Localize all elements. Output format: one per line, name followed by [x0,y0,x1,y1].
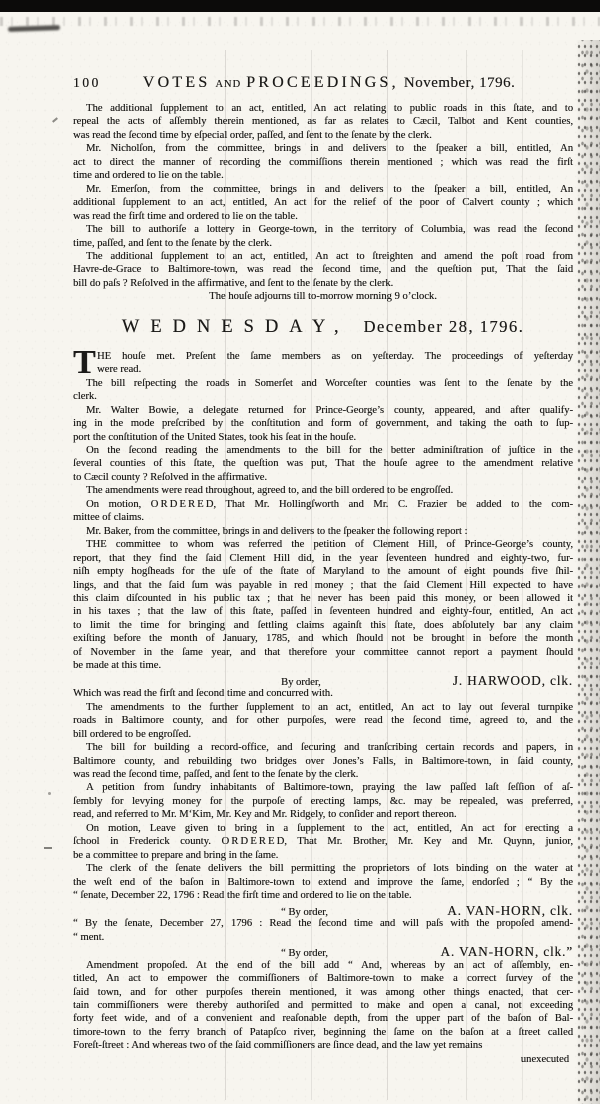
text-line: Foreſt-ſtreet : And whereas two of the ſ… [73,1039,573,1052]
text-line: report, that they find the ſaid Clement … [73,552,573,565]
by-order-label: “ By order, [281,907,328,918]
text-line: lings, and that the ſaid ſum was payable… [73,579,573,592]
text-line: Mr. Nicholſon, from the committee, bring… [73,142,573,155]
text-line: to Cæcil county ? Reſolved in the affirm… [73,471,573,484]
paragraph: On motion, Leave given to bring in a ſup… [73,822,573,862]
text-line: to limit the time for bringing and ſettl… [73,619,573,632]
title-date: November, 1796. [404,75,515,91]
text-line: ing in the mode preſcribed by the conſti… [73,417,573,430]
text-line: was read the firſt time and ordered to l… [73,210,573,223]
title-and: AND [215,79,241,90]
text-line: timore-town to the ferry branch of Patap… [73,1026,573,1039]
drop-cap: T [73,350,97,377]
text-line: clerk. [73,390,573,403]
scan-edge-noise [575,40,600,1104]
text-line: was read the ſecond time by eſpecial ord… [73,129,573,142]
paragraph: Mr. Nicholſon, from the committee, bring… [73,142,573,182]
text-line: Which was read the firſt and ſecond time… [73,687,573,700]
signature-line: “ By order,A. VAN-HORN, clk. [73,903,573,918]
text-line: “ ment. [73,931,573,944]
paragraph: Mr. Walter Bowie, a delegate returned fo… [73,404,573,444]
scanned-document-page: 100 VOTESANDPROCEEDINGS,November, 1796. … [0,0,600,1104]
text-line: THE committee to whom was referred the p… [73,538,573,551]
text-line: be a committee to prepare and bring in t… [73,849,573,862]
text-line: “ By the ſenate, December 27, 1796 : Rea… [73,917,573,930]
text-line: forty feet wide, and of a convenient and… [73,1012,573,1025]
by-order-label: “ By order, [281,948,328,959]
text-line: of November in the ſame year, and that t… [73,646,573,659]
signature-line: By order,J. HARWOOD, clk. [73,673,573,688]
text-line: The amendments to the further ſupplement… [73,701,573,714]
margin-mark [52,117,58,122]
text-line: A petition from ſundry inhabitants of Ba… [73,781,573,794]
running-header: 100 VOTESANDPROCEEDINGS,November, 1796. [73,74,573,95]
session-heading: WEDNESDAY,December 28, 1796. [73,317,573,341]
text-line: The bill to authoriſe a lottery in Georg… [73,223,573,236]
text-line: time, paſſed, and ſent to the ſenate by … [73,237,573,250]
text-line: ſembly for levying money for the purpoſe… [73,795,573,808]
paragraph: The bill to authoriſe a lottery in Georg… [73,223,573,250]
document-flow: The additional ſupplement to an act, ent… [73,102,573,1066]
text-line: bill do paſs ? Reſolved in the affirmati… [73,277,573,290]
title-caps-1: VOTES [143,74,211,91]
text-line: The amendments were read throughout, agr… [73,484,573,497]
text-line: The bill reſpecting the roads in Somerſe… [73,377,573,390]
text-line: act to direct the manner of recording th… [73,156,573,169]
margin-mark [44,847,52,849]
paragraph: THE committee to whom was referred the p… [73,538,573,673]
paragraph: The additional ſupplement to an act, ent… [73,250,573,290]
text-line: read, and referred to Mr. M‘Kim, Mr. Key… [73,808,573,821]
text-line: The additional ſupplement to an act, ent… [73,102,573,115]
text-line: ſchool in Frederick county. O R D E R E … [73,835,573,848]
paragraph: Mr. Emerſon, from the committee, brings … [73,183,573,223]
paragraph: The amendments to the further ſupplement… [73,701,573,741]
text-line: additional ſupplement to an act, entitle… [73,196,573,209]
text-line: “ ſenate, December 22, 1796 : Read the f… [73,889,573,902]
clerk-signature: J. HARWOOD, clk. [453,673,573,689]
text-line: port the conſtitution of the United Stat… [73,431,573,444]
paragraph: The additional ſupplement to an act, ent… [73,102,573,142]
text-line: On motion, O R D E R E D, That Mr. Holli… [73,498,573,511]
session-date: December 28, 1796. [363,317,524,336]
text-line: Mr. Walter Bowie, a delegate returned fo… [73,404,573,417]
paragraph: “ By the ſenate, December 27, 1796 : Rea… [73,917,573,944]
text-line: niſh empty hogſheads for the uſe of the … [73,565,573,578]
ink-smudge [8,25,60,32]
paragraph: Which was read the firſt and ſecond time… [73,687,573,700]
paragraph: A petition from ſundry inhabitants of Ba… [73,781,573,821]
text-line: Amendment propoſed. At the end of the bi… [73,959,573,972]
text-line: On the ſecond reading the amendments to … [73,444,573,457]
by-order-label: By order, [281,677,321,688]
paragraph: On the ſecond reading the amendments to … [73,444,573,484]
paragraph: Amendment propoſed. At the end of the bi… [73,959,573,1053]
margin-mark [48,792,51,795]
text-line: Mr. Baker, from the committee, brings in… [73,525,573,538]
paragraph: On motion, O R D E R E D, That Mr. Holli… [73,498,573,525]
catchword: unexecuted [73,1053,573,1066]
clerk-signature: A. VAN-HORN, clk.” [440,944,573,960]
text-line: time and ordered to lie on the table. [73,169,573,182]
signature-line: “ By order,A. VAN-HORN, clk.” [73,944,573,959]
text-block: 100 VOTESANDPROCEEDINGS,November, 1796. … [73,74,573,1066]
text-line: in his taxes ; that the law of this ſtat… [73,605,573,618]
paragraph: Mr. Baker, from the committee, brings in… [73,525,573,538]
text-line: tain commiſſioners were thereby authoriſ… [73,999,573,1012]
text-line: On motion, Leave given to bring in a ſup… [73,822,573,835]
text-line: this claim diſcounted in his public tax … [73,592,573,605]
text-line: Havre-de-Grace to Baltimore-town, was re… [73,263,573,276]
page-title: VOTESANDPROCEEDINGS,November, 1796. [115,74,543,92]
paragraph: The clerk of the ſenate delivers the bil… [73,862,573,902]
text-line: The bill for building a record-office, a… [73,741,573,754]
page-number: 100 [73,75,115,91]
text-line: ſeveral counties of this ſtate, the queſ… [73,457,573,470]
text-line: ſaid town, and for other purpoſes therei… [73,986,573,999]
session-day: WEDNESDAY, [122,317,350,337]
clerk-signature: A. VAN-HORN, clk. [447,903,573,919]
title-caps-2: PROCEEDINGS, [246,74,399,91]
paragraph: The amendments were read throughout, agr… [73,484,573,497]
text-line: bill ordered to be engroſſed. [73,728,573,741]
scan-streak [0,17,600,26]
text-line: The additional ſupplement to an act, ent… [73,250,573,263]
text-line: mittee of claims. [73,511,573,524]
centered-line: The houſe adjourns till to-morrow mornin… [73,290,573,303]
text-line: were read. [73,363,573,376]
text-line: roads in Baltimore county, and for other… [73,714,573,727]
paragraph: THE houſe met. Preſent the ſame members … [73,350,573,377]
text-line: repeal the acts of aſſembly therein ment… [73,115,573,128]
paragraph: The bill for building a record-office, a… [73,741,573,781]
text-line: Baltimore county, and rebuilding two bri… [73,755,573,768]
text-line: the weſt end of the baſon in Baltimore-t… [73,876,573,889]
text-line: Mr. Emerſon, from the committee, brings … [73,183,573,196]
text-line: exiſting before the month of January, 17… [73,632,573,645]
text-line: The clerk of the ſenate delivers the bil… [73,862,573,875]
text-line: HE houſe met. Preſent the ſame members a… [73,350,573,363]
text-line: was read the ſecond time, paſſed, and ſe… [73,768,573,781]
scan-top-border [0,0,600,12]
text-line: titled, An act to empower the commiſſion… [73,972,573,985]
paragraph: The bill reſpecting the roads in Somerſe… [73,377,573,404]
text-line: be made at this time. [73,659,573,672]
